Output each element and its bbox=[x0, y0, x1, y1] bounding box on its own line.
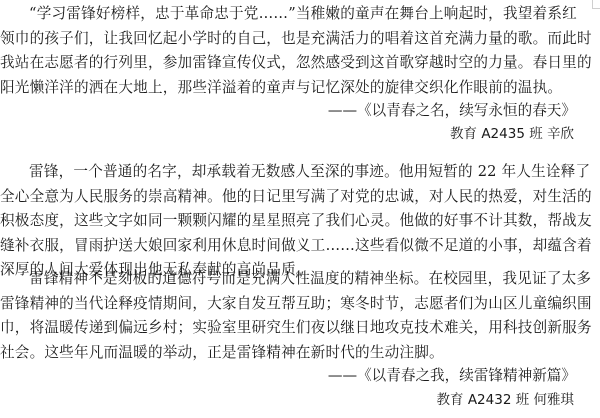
essay1-line: 我站在志愿者的行列里，参加雷锋宣传仪式，忽然感受到这首歌穿越时空的力量。春日里的 bbox=[0, 51, 600, 76]
essay1-title: ——《以青春之名，续写永恒的春天》 bbox=[328, 100, 576, 122]
essay2-line: 全心全意为人民服务的崇高精神。他的日记里写满了对党的忠诚，对人民的热爱，对生活的 bbox=[0, 185, 600, 210]
essay2-line: 积极态度，这些文字如同一颗颗闪耀的星星照亮了我们心灵。他做的好事不计其数，帮战友 bbox=[0, 209, 600, 234]
essay2-line: 社会。这些年凡而温暖的举动，正是雷锋精神在新时代的生动注脚。 bbox=[0, 341, 600, 366]
essay2-paragraph-2: 雷锋精神不是刻板的道德符号而是充满人性温度的精神坐标。在校园里，我见证了太多 雷… bbox=[0, 267, 600, 365]
essay2-line: 巾，将温暖传递到偏远乡村；实验室里研究生们夜以继日地攻克技术难关，用科技创新服务 bbox=[0, 316, 600, 341]
essay1-line: “学习雷锋好榜样，忠于革命忠于党……”当稚嫩的童声在舞台上响起时，我望着系红 bbox=[0, 2, 600, 27]
essay2-line: 雷锋精神不是刻板的道德符号而是充满人性温度的精神坐标。在校园里，我见证了太多 bbox=[0, 267, 600, 292]
essay1-author: 教育 A2435 班 辛欣 bbox=[450, 124, 574, 144]
essay1-body: “学习雷锋好榜样，忠于革命忠于党……”当稚嫩的童声在舞台上响起时，我望着系红 领… bbox=[0, 2, 600, 100]
essay1-line: 领巾的孩子们，让我回忆起小学时的自己，也是充满活力的唱着这首充满力量的歌。而此时 bbox=[0, 27, 600, 52]
essay2-paragraph-1: 雷锋，一个普通的名字，却承载着无数感人至深的事迹。他用短暂的 22 年人生诠释了… bbox=[0, 160, 600, 283]
essay2-author: 教育 A2432 班 何雅琪 bbox=[437, 390, 574, 410]
essay2-title: ——《以青春之我，续雷锋精神新篇》 bbox=[328, 365, 576, 387]
essay1-line: 阳光懒洋洋的洒在大地上，那些洋溢着的童声与记忆深处的旋律交织化作眼前的温执。 bbox=[0, 76, 600, 101]
essay2-line: 雷锋，一个普通的名字，却承载着无数感人至深的事迹。他用短暂的 22 年人生诠释了 bbox=[0, 160, 600, 185]
essay2-line: 缝补衣服，冒雨护送大娘回家利用休息时间做义工……这些看似微不足道的小事，却蕴含着 bbox=[0, 234, 600, 259]
essay2-line: 雷锋精神的当代诠释疫情期间，大家自发互帮互助；寒冬时节，志愿者们为山区儿童编织围 bbox=[0, 292, 600, 317]
